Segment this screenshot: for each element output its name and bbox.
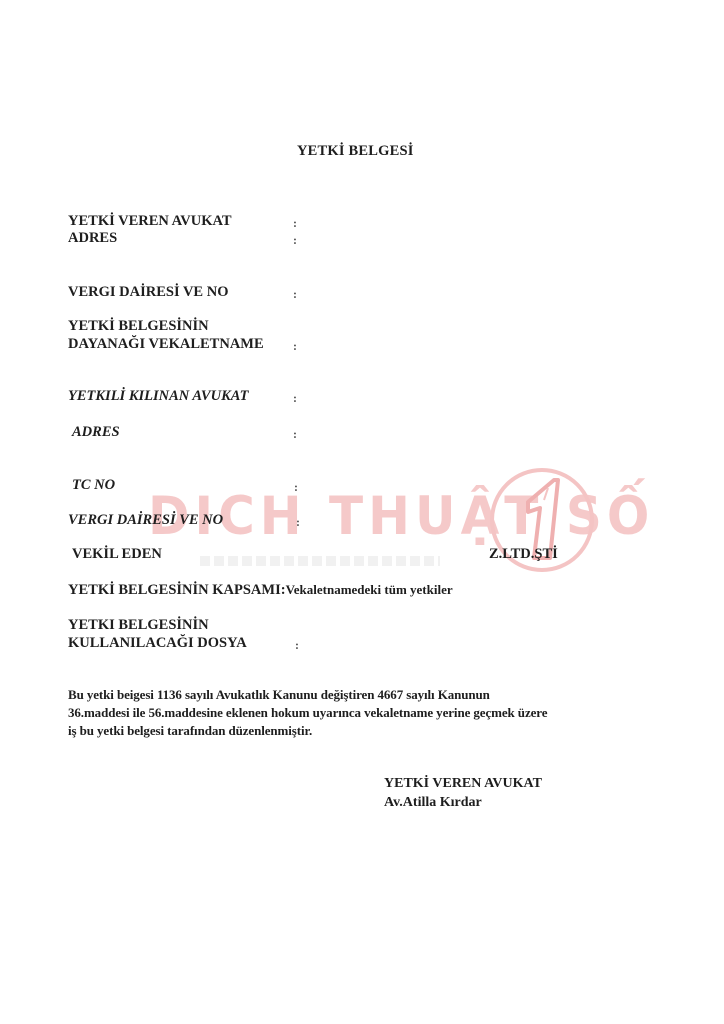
field-label-basis-line1: YETKİ BELGESİNİN — [68, 318, 209, 335]
field-label-address: ADRES — [68, 230, 117, 247]
field-label-file-line1: YETKI BELGESİNİN — [68, 617, 209, 634]
field-value-principal: Z.LTD.ŞTİ — [489, 546, 558, 563]
watermark-subtitle — [200, 556, 440, 566]
field-colon: : — [293, 216, 297, 230]
document-page: DICH THUẬT SỐ YETKİ BELGESİ YETKİ VEREN … — [0, 0, 724, 1024]
field-label-address-2: ADRES — [72, 424, 120, 441]
document-title: YETKİ BELGESİ — [297, 143, 414, 160]
paragraph-line: 36.maddesi ile 56.maddesine eklenen hoku… — [68, 704, 658, 722]
scope-value: Vekaletnamedeki tüm yetkiler — [286, 582, 453, 597]
field-colon: : — [293, 233, 297, 247]
field-label-tax-office-2: VERGI DAİRESİ VE NO — [68, 512, 223, 529]
scope-label: YETKİ BELGESİNİN KAPSAMI — [68, 582, 281, 598]
field-colon: : — [295, 638, 299, 652]
signature-role: YETKİ VEREN AVUKAT — [384, 775, 542, 792]
field-colon: : — [293, 287, 297, 301]
field-colon: : — [293, 427, 297, 441]
field-label-basis-line2: DAYANAĞI VEKALETNAME — [68, 336, 264, 353]
field-colon: : — [293, 339, 297, 353]
field-colon: : — [294, 480, 298, 494]
field-label-file-line2: KULLANILACAĞI DOSYA — [68, 635, 247, 652]
paragraph-line: Bu yetki beigesi 1136 sayılı Avukatlık K… — [68, 686, 658, 704]
signature-name: Av.Atilla Kırdar — [384, 794, 482, 811]
legal-paragraph: Bu yetki beigesi 1136 sayılı Avukatlık K… — [68, 686, 658, 740]
field-label-authorized-lawyer: YETKILİ KILINAN AVUKAT — [68, 388, 248, 405]
field-label-tax-office: VERGI DAİRESİ VE NO — [68, 284, 228, 301]
field-label-issuing-lawyer: YETKİ VEREN AVUKAT — [68, 213, 232, 230]
field-label-scope: YETKİ BELGESİNİN KAPSAMI:Vekaletnamedeki… — [68, 581, 453, 599]
field-label-principal: VEKİL EDEN — [72, 546, 162, 563]
paragraph-line: iş bu yetki belgesi tarafından düzenlenm… — [68, 722, 658, 740]
field-label-tc-no: TC NO — [72, 477, 115, 494]
field-colon: : — [296, 515, 300, 529]
field-colon: : — [293, 391, 297, 405]
